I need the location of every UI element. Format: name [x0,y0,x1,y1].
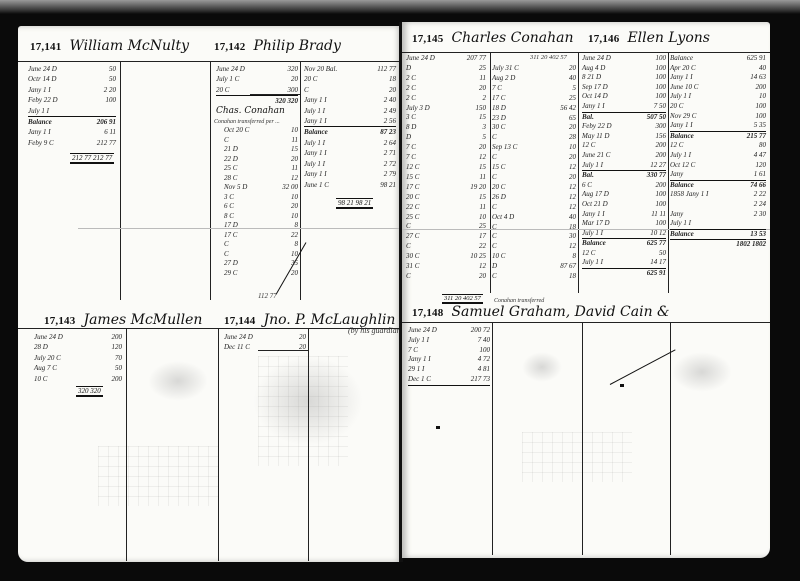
entry-date: July 1 I [304,106,334,116]
entry-amount: 8 [556,252,576,262]
ledger-entry: 27 D35 [224,259,298,269]
account-holder-name: Charles Conahan [451,30,573,46]
entry-amount: 200 [646,151,666,161]
ledger-entry: 20 C12 [492,183,576,193]
ledger-entry: Jany 1 I11 11 [582,210,666,220]
entry-date: 17 C [492,94,522,104]
entry-date: 20 C [304,74,334,84]
column-rule [578,53,579,293]
ledger-entry: 7 C5 [492,84,576,94]
account-header: 17,148 Samuel Graham, David Cain & [412,304,670,326]
entry-amount: 98 21 [376,180,396,190]
entry-amount [96,106,116,116]
ledger-entry: 22 C11 [406,203,486,213]
entry-amount: 11 [278,136,298,146]
entry-date: C [406,222,436,232]
entry-amount: 11 [466,203,486,213]
entry-amount: 25 [466,64,486,74]
entry-date: 12 C [582,249,612,259]
ledger-entry: 1802 1802 [670,239,766,250]
entry-amount: 80 [746,141,766,151]
entry-date: July 1 I [28,106,58,116]
entry-date: 17 C [224,231,254,241]
entry-date: 15 C [406,173,436,183]
entry-date: June 24 D [34,332,64,342]
account-entries-col1: June 24 D207 77D252 C112 C202 C2July 3 D… [406,54,486,282]
entry-amount: 18 [556,223,576,233]
entry-date: Jany 1 I [304,116,334,126]
entry-date: 6 C [582,181,612,191]
ledger-entry: Oct 4 D40 [492,213,576,223]
entry-amount: 2 [466,94,486,104]
entry-amount: 100 [470,346,490,356]
entry-date: Oct 12 C [670,161,700,171]
entry-amount: 5 [556,84,576,94]
entry-amount: 2 40 [376,95,396,105]
entry-amount: 20 [466,272,486,282]
entry-amount: 2 22 [746,190,766,200]
entry-date: 26 D [492,193,522,203]
entry-amount: 14 17 [646,258,666,268]
entry-date: July 1 I [582,258,612,268]
entry-date: 10 C [34,374,64,384]
entry-date: D [406,133,436,143]
entry-date: Oct 21 D [582,200,612,210]
entry-date: Apr 20 C [670,64,700,74]
entry-amount: 100 [646,219,666,229]
ledger-entry: 6 C200 [582,181,666,191]
entry-date: Feby 22 D [28,95,58,105]
right-ledger-page: 17,145 Charles Conahan June 24 D207 77D2… [402,22,770,558]
account-holder-name: Philip Brady [253,38,340,54]
entry-date: July 1 I [304,159,334,169]
cancel-stroke [610,349,676,385]
entry-amount: 10 [278,250,298,260]
account-number: 17,142 [214,41,245,53]
entry-date: Nov 20 Bal. [304,64,337,74]
entry-date: 7 C [408,346,438,356]
entry-amount: 100 [646,64,666,74]
column-header-amounts: 311 20 402 57 [530,54,567,61]
entry-date: 25 C [224,164,254,174]
ledger-entry: 18 D56 42 [492,104,576,114]
entry-amount: 100 [746,112,766,122]
column-rule [218,329,219,561]
entry-date: C [406,272,436,282]
entry-amount: 20 [556,123,576,133]
transfer-entries: Oct 20 C10C1121 D1522 D2025 C1128 C12Nov… [224,126,298,278]
ledger-entry: July 1 I2 64 [304,138,396,148]
ledger-entry: Jany 1 I6 11 [28,127,116,137]
ledger-entry: 2 C2 [406,94,486,104]
entry-amount: 2 64 [376,138,396,148]
entry-date: Nov 29 C [670,112,700,122]
entry-date: July 1 I [408,336,438,346]
entry-date: 20 C [406,193,436,203]
ledger-entry: 20 C15 [406,193,486,203]
entry-amount: 20 [376,85,396,95]
entry-amount: 20 [278,155,298,165]
entry-date: 12 C [406,163,436,173]
entry-date: 17 D [224,221,254,231]
ledger-entry: 8 21 D100 [582,73,666,83]
entry-amount: 1 61 [746,170,766,180]
ledger-entry: 6 C20 [224,202,298,212]
ledger-entry: 20 C18 [304,74,396,84]
entry-amount: 7 40 [470,336,490,346]
column-rule [308,329,309,561]
column-rule [670,323,671,555]
ledger-entry: July 1 I14 17 [582,258,666,268]
ledger-entry: 8 D3 [406,123,486,133]
account-entries: June 24 D320July 1 C2020 C300320 320 [216,64,298,107]
entry-amount: 40 [556,213,576,223]
column-rule [668,53,669,293]
ledger-entry: Oct 20 C10 [224,126,298,136]
ledger-entry: Feby 22 D100 [28,95,116,105]
entry-date: Balance [670,230,700,240]
ledger-entry: Jany 1 I2 56 [304,116,396,126]
entry-amount: 14 63 [746,73,766,83]
entry-amount: 18 [556,272,576,282]
entry-date: 25 C [406,213,436,223]
entry-date: Jany 1 I [670,121,700,131]
entry-amount: 5 [466,133,486,143]
entry-amount: 15 [466,193,486,203]
column-rule [120,62,121,300]
account-totals [436,426,440,429]
entry-amount: 10 25 [466,252,486,262]
ledger-entry: Bal.507 50 [582,112,666,123]
entry-date: 30 C [492,123,522,133]
entry-amount: 10 [466,213,486,223]
entry-date: 2 C [406,74,436,84]
entry-date: 31 C [406,262,436,272]
entry-date: 15 C [492,163,522,173]
entry-amount: 112 77 [376,64,396,74]
entry-date: June 10 C [670,83,700,93]
entry-amount: 4 47 [746,151,766,161]
entry-date: Aug 17 D [582,190,612,200]
ledger-entry: July 1 I4 47 [670,151,766,161]
entry-amount: 65 [556,114,576,124]
account-entries: June 24 D50Octr 14 D50Jany 1 I2 20Feby 2… [28,64,116,148]
entry-date: June 24 D [28,64,58,74]
entry-amount: 507 50 [646,113,666,123]
entry-amount: 10 [278,126,298,136]
ledger-entry: C18 [492,223,576,233]
entry-date: C [224,136,254,146]
ledger-entry: 27 C17 [406,232,486,242]
entry-amount: 12 [466,153,486,163]
entry-amount: 10 [278,193,298,203]
ledger-entry: C10 [224,250,298,260]
entry-date: Jany 1 I [304,148,334,158]
paper-grid-texture [98,446,218,506]
entry-date: Dec 1 C [408,375,438,385]
ledger-entry: 12 C15 [406,163,486,173]
ledger-entry: Jany 1 I2 40 [304,95,396,105]
ledger-entry: Jany 1 I2 71 [304,148,396,158]
ledger-entry: 12 C50 [582,249,666,259]
entry-amount: 1802 1802 [736,240,766,250]
entry-date: 7 C [406,153,436,163]
ledger-entry: June 21 C200 [582,151,666,161]
entry-amount: 2 56 [376,116,396,126]
entry-amount: 100 [646,190,666,200]
entry-date: 12 C [670,141,700,151]
ledger-entry: Sep 17 D100 [582,83,666,93]
entry-date: 7 C [406,143,436,153]
ledger-entry: July 31 C20 [492,64,576,74]
ledger-entry: Jany 1 I7 50 [582,102,666,112]
entry-amount: 100 [746,102,766,112]
account-header: 17,146 Ellen Lyons [588,30,710,52]
ledger-entry: Aug 7 C50 [34,363,122,373]
account-entries-after-balance: July 1 I2 64Jany 1 I2 71July 1 I2 72Jany… [304,138,396,190]
entry-amount: 70 [102,353,122,363]
entry-amount: 50 [102,363,122,373]
entry-amount: 625 91 [646,269,666,279]
transfer-subnote: Conahan transferred per ... [214,119,280,125]
entry-amount: 215 77 [746,132,766,142]
entry-date: Oct 4 D [492,213,522,223]
entry-amount: 20 [466,84,486,94]
ledger-entry: 2 24 [670,200,766,210]
ledger-entry: Balance87 23 [304,126,396,137]
ledger-entry: June 24 D200 72 [408,326,490,336]
ledger-entry: C8 [224,240,298,250]
entry-amount: 100 [646,92,666,102]
ledger-entry: 31 C12 [406,262,486,272]
entry-date: 18 D [492,104,522,114]
entry-amount: 25 [556,94,576,104]
entry-amount: 11 [278,164,298,174]
entry-date: 8 D [406,123,436,133]
entry-amount: 2 79 [376,169,396,179]
entry-date: Balance [582,239,612,249]
entry-amount: 330 77 [646,171,666,181]
ledger-entry: Balance625 91 [670,54,766,64]
entry-amount: 200 72 [470,326,490,336]
ledger-entry: Balance206 91 [28,116,116,127]
entry-date: 10 C [492,252,522,262]
entry-amount: 100 [646,83,666,93]
ledger-entry: Jany 1 I4 72 [408,355,490,365]
entry-amount: 15 [466,113,486,123]
entry-date [582,269,612,279]
account-holder-name: Samuel Graham, David Cain & [451,304,669,320]
ledger-entry [408,385,490,386]
entry-amount: 207 77 [466,54,486,64]
ledger-entry: June 24 D320 [216,64,298,74]
ledger-entry: July 1 I2 72 [304,159,396,169]
entry-date: Feby 22 D [582,122,612,132]
entry-amount: 200 [646,141,666,151]
entry-date: June 24 D [216,64,246,74]
entry-amount: 10 [556,143,576,153]
ledger-entry: C20 [304,85,396,95]
entry-date: July 1 I [304,138,334,148]
ledger-entry: 10 C200 [34,374,122,384]
ledger-entry: 28 D120 [34,342,122,352]
ledger-entry: Nov 20 Bal.112 77 [304,64,396,74]
ledger-entry: 8 C10 [224,212,298,222]
column-rule [300,62,301,300]
entry-date: Balance [670,181,700,191]
ledger-entry: 7 C100 [408,346,490,356]
entry-amount: 28 [556,133,576,143]
entry-date: June 24 D [224,332,254,342]
ledger-entry: May 11 D156 [582,132,666,142]
ledger-entry: July 1 I [670,219,766,229]
ledger-entry: Dec 11 C20 [224,342,306,352]
entry-date: C [492,153,522,163]
account-holder-name: James McMullen [83,312,202,328]
entry-amount: 12 [556,203,576,213]
transfer-note: Chas. Conahan [216,106,285,116]
entry-date: Balance [28,117,58,127]
entry-amount: 2 30 [746,210,766,220]
entry-amount: 2 72 [376,159,396,169]
ledger-entry: July 1 I2 49 [304,106,396,116]
entry-amount: 12 [466,262,486,272]
entry-amount: 100 [646,200,666,210]
transfer-total: 112 77 [258,292,277,300]
ledger-entry: June 24 D20 [224,332,306,342]
entry-amount: 20 [278,74,298,84]
account-totals: 311 20 402 57 [442,294,483,304]
account-entries-col1: June 24 D100Aug 4 D1008 21 D100Sep 17 D1… [582,54,666,279]
ledger-entry: Jany 1 I5 35 [670,121,766,131]
ledger-entry: 7 C20 [406,143,486,153]
ledger-entry: Sep 13 C10 [492,143,576,153]
entry-amount: 15 [278,145,298,155]
entry-date: June 1 C [304,180,334,190]
ledger-entry: Feby 9 C212 77 [28,138,116,148]
ledger-entry: Balance74 66 [670,180,766,191]
entry-date: Aug 2 D [492,74,522,84]
entry-amount: 20 [286,342,306,352]
entry-date: 17 C [406,183,436,193]
entry-date: C [492,232,522,242]
ledger-entry: C11 [224,136,298,146]
entry-date: Jany 1 I [304,95,334,105]
ledger-entry: Balance13 53 [670,229,766,240]
entry-amount: 20 [278,202,298,212]
entry-amount: 87 67 [556,262,576,272]
ledger-entry: July 1 I12 27 [582,161,666,171]
entry-amount: 2 24 [746,200,766,210]
ledger-entry: July 1 I [28,106,116,116]
ledger-entry: Bal.330 77 [582,170,666,181]
entry-date: May 11 D [582,132,612,142]
ledger-entry: 12 C80 [670,141,766,151]
entry-amount: 625 91 [746,54,766,64]
entry-amount: 150 [466,104,486,114]
entry-date: Balance [670,54,700,64]
paper-stain [522,352,562,382]
entry-date: C [492,203,522,213]
entry-amount: 87 23 [376,127,396,137]
account-totals [620,384,624,387]
account-entries-col2: Balance625 91Apr 20 C40Jany 1 I14 63June… [670,54,766,250]
entry-date: C [492,223,522,233]
entry-date: 29 1 I [408,365,438,375]
ledger-entry: Jany 1 I2 20 [28,85,116,95]
ledger-entry: 21 D15 [224,145,298,155]
column-rule [582,323,583,555]
ledger-entry: 25 C11 [224,164,298,174]
entry-amount: 625 77 [646,239,666,249]
entry-amount: 156 [646,132,666,142]
entry-date: July 31 C [492,64,522,74]
entry-date: Jany 1 I [670,73,700,83]
header-rule [402,52,770,53]
entry-amount: 7 50 [646,102,666,112]
entry-date: 20 C [492,183,522,193]
entry-amount: 120 [746,161,766,171]
ledger-entry: June 24 D207 77 [406,54,486,64]
entry-amount: 12 [556,183,576,193]
subtotal-rule [250,94,300,95]
entry-amount: 20 [466,143,486,153]
entry-amount: 17 [466,232,486,242]
ledger-entry: Mar 17 D100 [582,219,666,229]
ledger-entry: C30 [492,232,576,242]
account-number: 17,141 [30,41,61,53]
ledger-entry: 23 D65 [492,114,576,124]
entry-amount: 2 20 [96,85,116,95]
entry-amount: 3 [466,123,486,133]
ledger-entry: Balance625 77 [582,238,666,249]
scanner-edge [0,0,800,14]
entry-amount: 50 [646,249,666,259]
entry-date: 27 C [406,232,436,242]
entry-date: June 21 C [582,151,612,161]
ledger-entry: D87 67 [492,262,576,272]
entry-amount: 100 [646,54,666,64]
entry-amount: 206 91 [96,117,116,127]
entry-amount: 74 66 [746,181,766,191]
entry-date: 22 D [224,155,254,165]
entry-amount: 100 [646,73,666,83]
entry-date: Jany 1 I [582,102,612,112]
entry-amount: 20 [556,153,576,163]
ledger-entry: Aug 17 D100 [582,190,666,200]
ledger-entry: C18 [492,272,576,282]
ledger-entry: 20 C100 [670,102,766,112]
entry-amount: 4 72 [470,355,490,365]
entry-amount: 212 77 [96,138,116,148]
subtotal-rule [258,350,308,351]
entry-amount: 15 [466,163,486,173]
account-totals: 320 320 [76,386,103,397]
ledger-entry: 1858 Jany 1 I2 22 [670,190,766,200]
entry-date: 22 C [406,203,436,213]
entry-date: July 1 I [670,219,700,229]
entry-date: C [492,133,522,143]
entry-date: 20 C [670,102,700,112]
ledger-entry: 30 C10 25 [406,252,486,262]
account-entries-col2: July 31 C20Aug 2 D407 C517 C2518 D56 422… [492,64,576,282]
entry-date: Oct 14 D [582,92,612,102]
entry-amount: 25 [466,222,486,232]
entry-date: 8 21 D [582,73,612,83]
entry-date: July 1 I [670,92,700,102]
entry-amount: 12 [278,174,298,184]
column-rule [126,329,127,561]
